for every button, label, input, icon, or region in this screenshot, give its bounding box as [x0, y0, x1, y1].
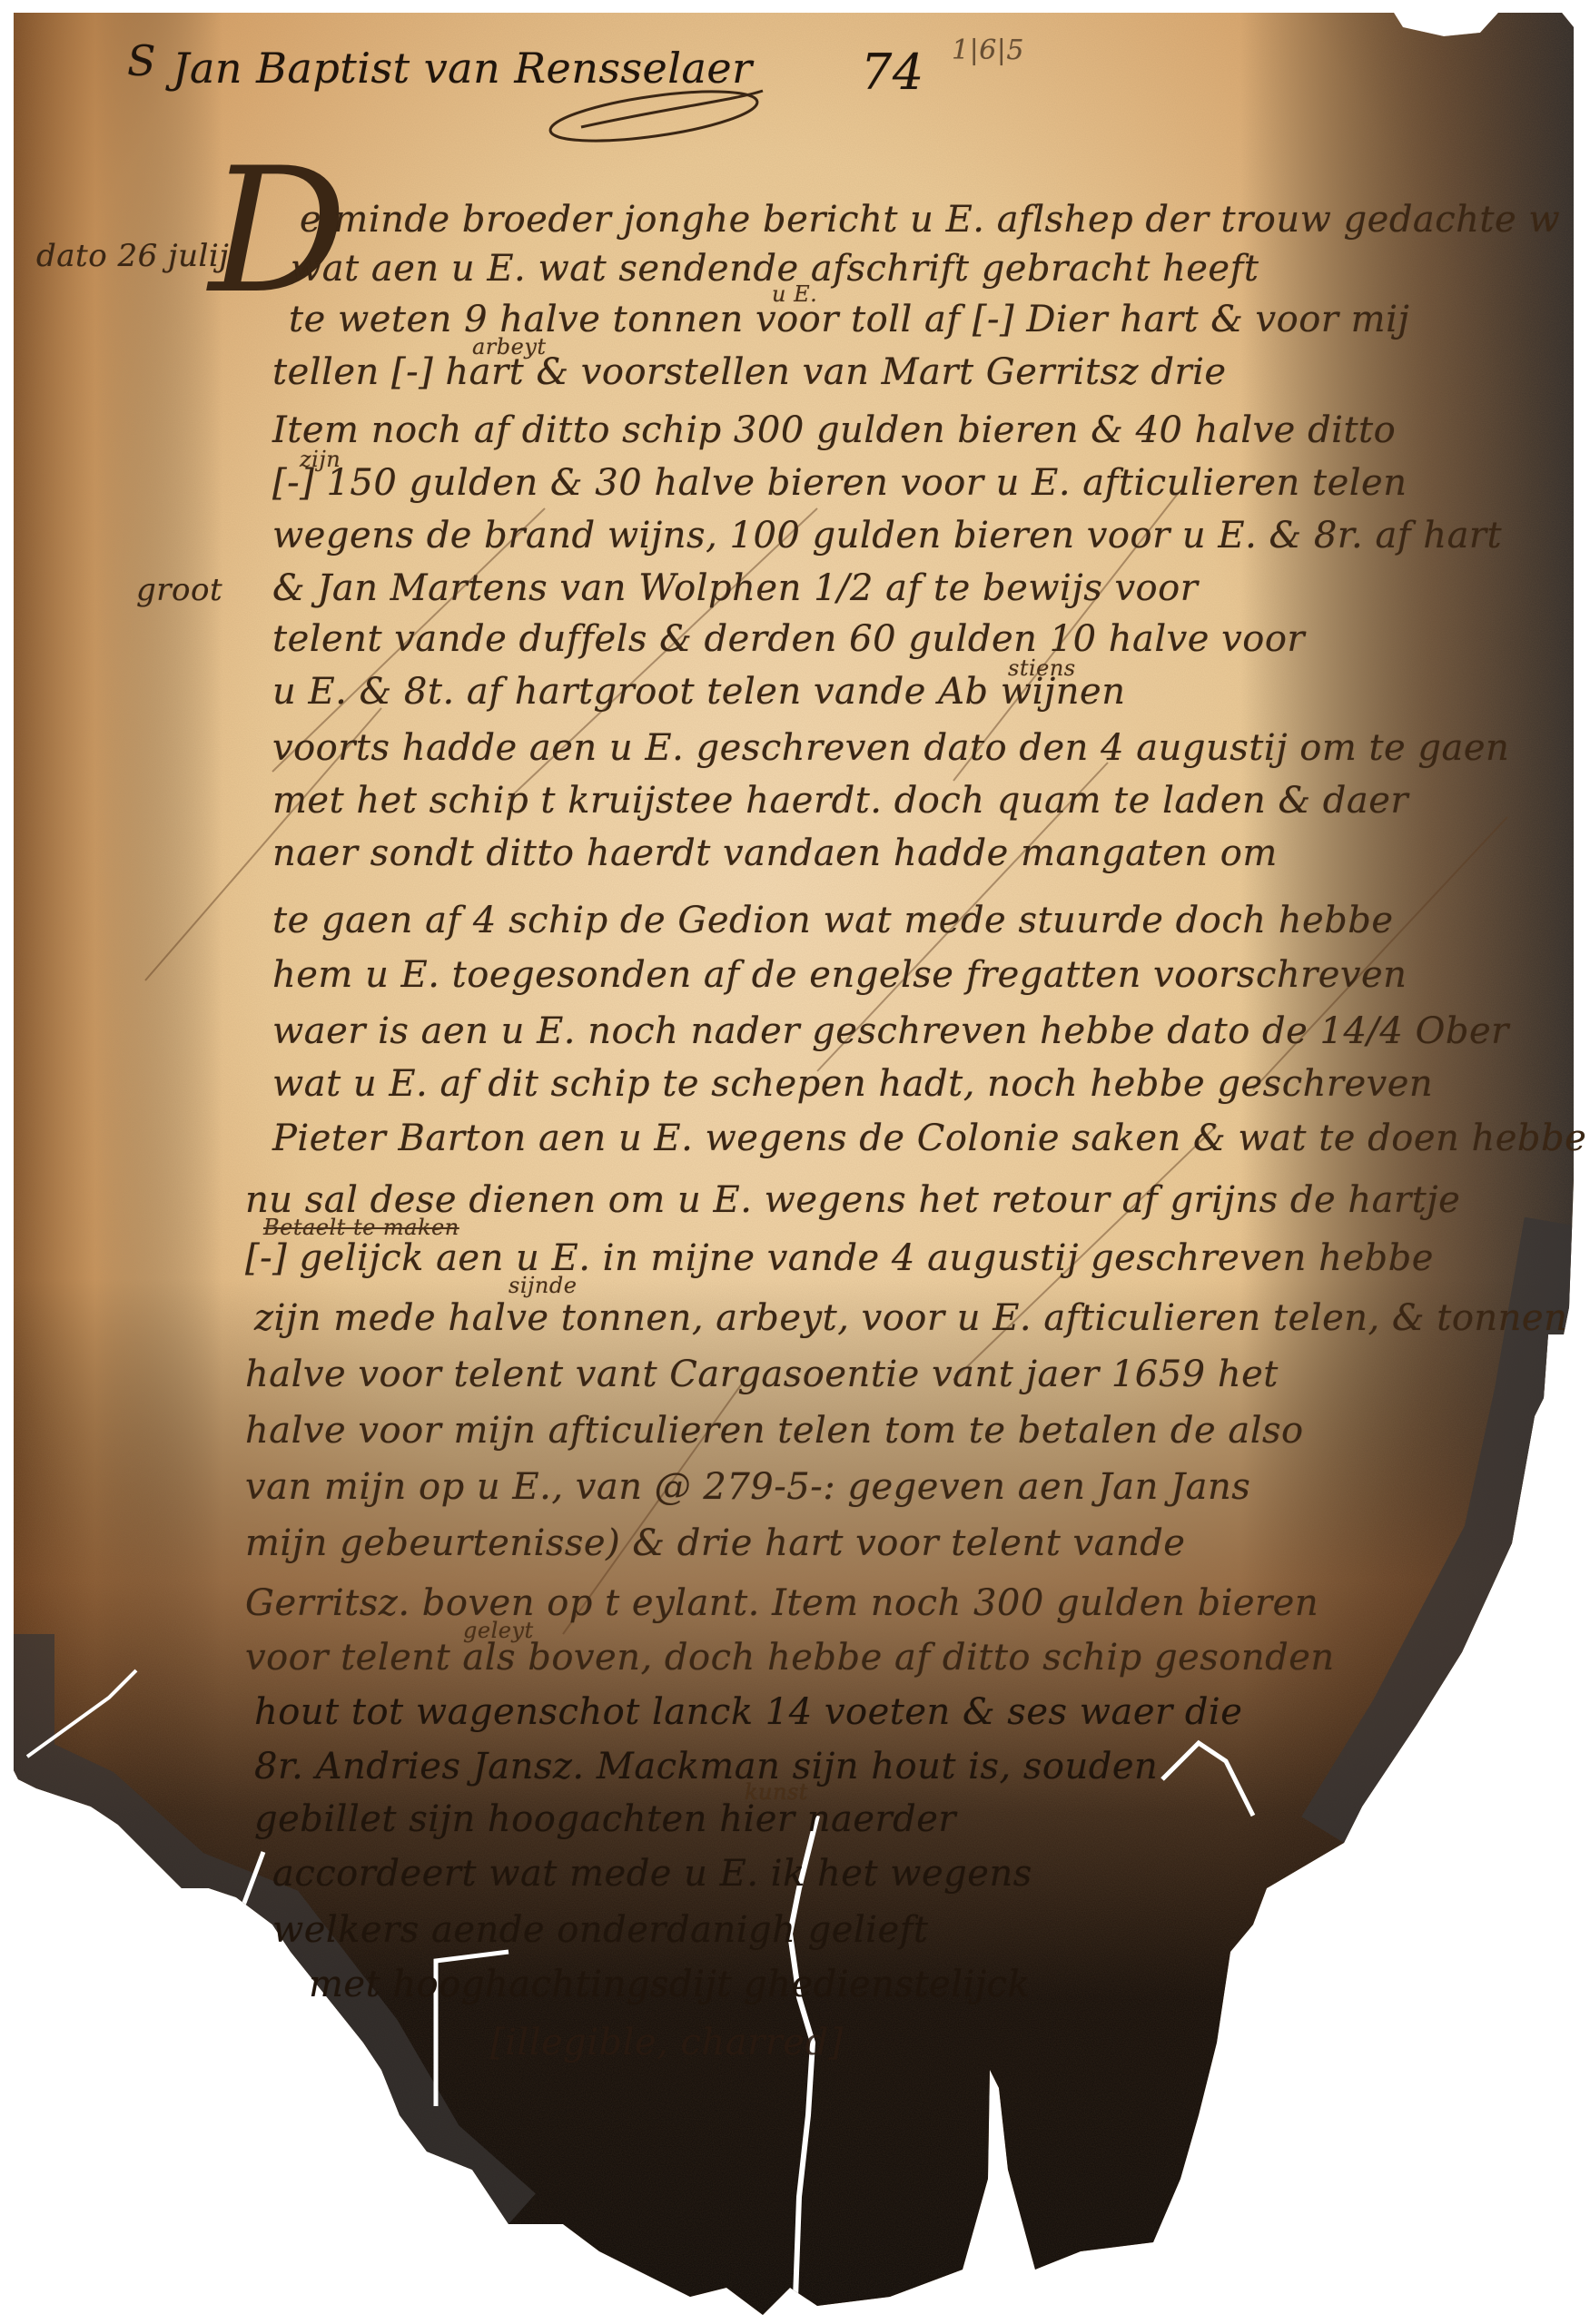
body-line: hout tot wagenschot lanck 14 voeten & se… — [254, 1690, 1242, 1734]
archival-mark: 1|6|5 — [952, 34, 1024, 66]
body-line: 8r. Andries Jansz. Mackman sijn hout is,… — [254, 1745, 1158, 1788]
body-line: Pieter Barton aen u E. wegens de Colonie… — [272, 1117, 1586, 1160]
body-line: & Jan Martens van Wolphen 1/2 af te bewi… — [272, 566, 1198, 610]
body-line: van mijn op u E., van @ 279-5-: gegeven … — [245, 1465, 1250, 1509]
body-line: met het schip t kruijstee haerdt. doch q… — [272, 779, 1408, 822]
body-line: voorts hadde aen u E. geschreven dato de… — [272, 726, 1509, 770]
margin-note-groot: groot — [136, 572, 222, 608]
page-number: 74 — [861, 44, 924, 101]
manuscript-page: S Jan Baptist van Rensselaer 74 1|6|5 D … — [0, 0, 1590, 2324]
interlinear-note: sijnde — [509, 1273, 577, 1298]
body-line: te weten 9 halve tonnen voor toll af [-]… — [289, 298, 1409, 341]
body-line: met hooghachtingsdijt ghedienstelijck — [309, 1963, 1030, 2006]
body-line: te gaen af 4 schip de Gedion wat mede st… — [272, 899, 1394, 942]
body-line: wat u E. af dit schip te schepen hadt, n… — [272, 1062, 1433, 1106]
body-line: e minde broeder jonghe bericht u E. afls… — [300, 198, 1560, 241]
body-line: tellen [-] hart & voorstellen van Mart G… — [272, 350, 1227, 394]
body-line: [-] 150 gulden & 30 halve bieren voor u … — [272, 461, 1407, 505]
margin-note-date: dato 26 julij — [36, 238, 229, 274]
body-line: welkers aende onderdanigh gelieft — [272, 1908, 929, 1952]
body-line: Item noch af ditto schip 300 gulden bier… — [272, 409, 1396, 452]
body-line: hem u E. toegesonden af de engelse frega… — [272, 953, 1407, 997]
body-line: Gerritsz. boven op t eylant. Item noch 3… — [245, 1581, 1318, 1625]
salutation-prefix: S — [127, 36, 156, 85]
body-line: voor telent als boven, doch hebbe af dit… — [245, 1636, 1335, 1679]
body-line: halve voor mijn afticulieren telen tom t… — [245, 1409, 1304, 1452]
body-line: u E. & 8t. af hartgroot telen vande Ab w… — [272, 670, 1125, 714]
signature-flourish — [518, 73, 790, 163]
body-line: waer is aen u E. noch nader geschreven h… — [272, 1009, 1509, 1053]
body-line: naer sondt ditto haerdt vandaen hadde ma… — [272, 832, 1278, 875]
body-line: mijn gebeurtenisse) & drie hart voor tel… — [245, 1521, 1185, 1565]
body-line: halve voor telent vant Cargasoentie vant… — [245, 1353, 1279, 1396]
body-line: [-] gelijck aen u E. in mijne vande 4 au… — [245, 1236, 1434, 1280]
body-line: wegens de brand wijns, 100 gulden bieren… — [272, 514, 1502, 557]
body-line: telent vande duffels & derden 60 gulden … — [272, 617, 1305, 661]
body-line: zijn mede halve tonnen, arbeyt, voor u E… — [254, 1296, 1567, 1340]
body-line: accordeert wat mede u E. ik het wegens — [272, 1852, 1032, 1896]
body-line: gebillet sijn hoogachten hier naerder — [254, 1797, 956, 1841]
body-line-charred: [illegible, charred] — [490, 2021, 844, 2064]
